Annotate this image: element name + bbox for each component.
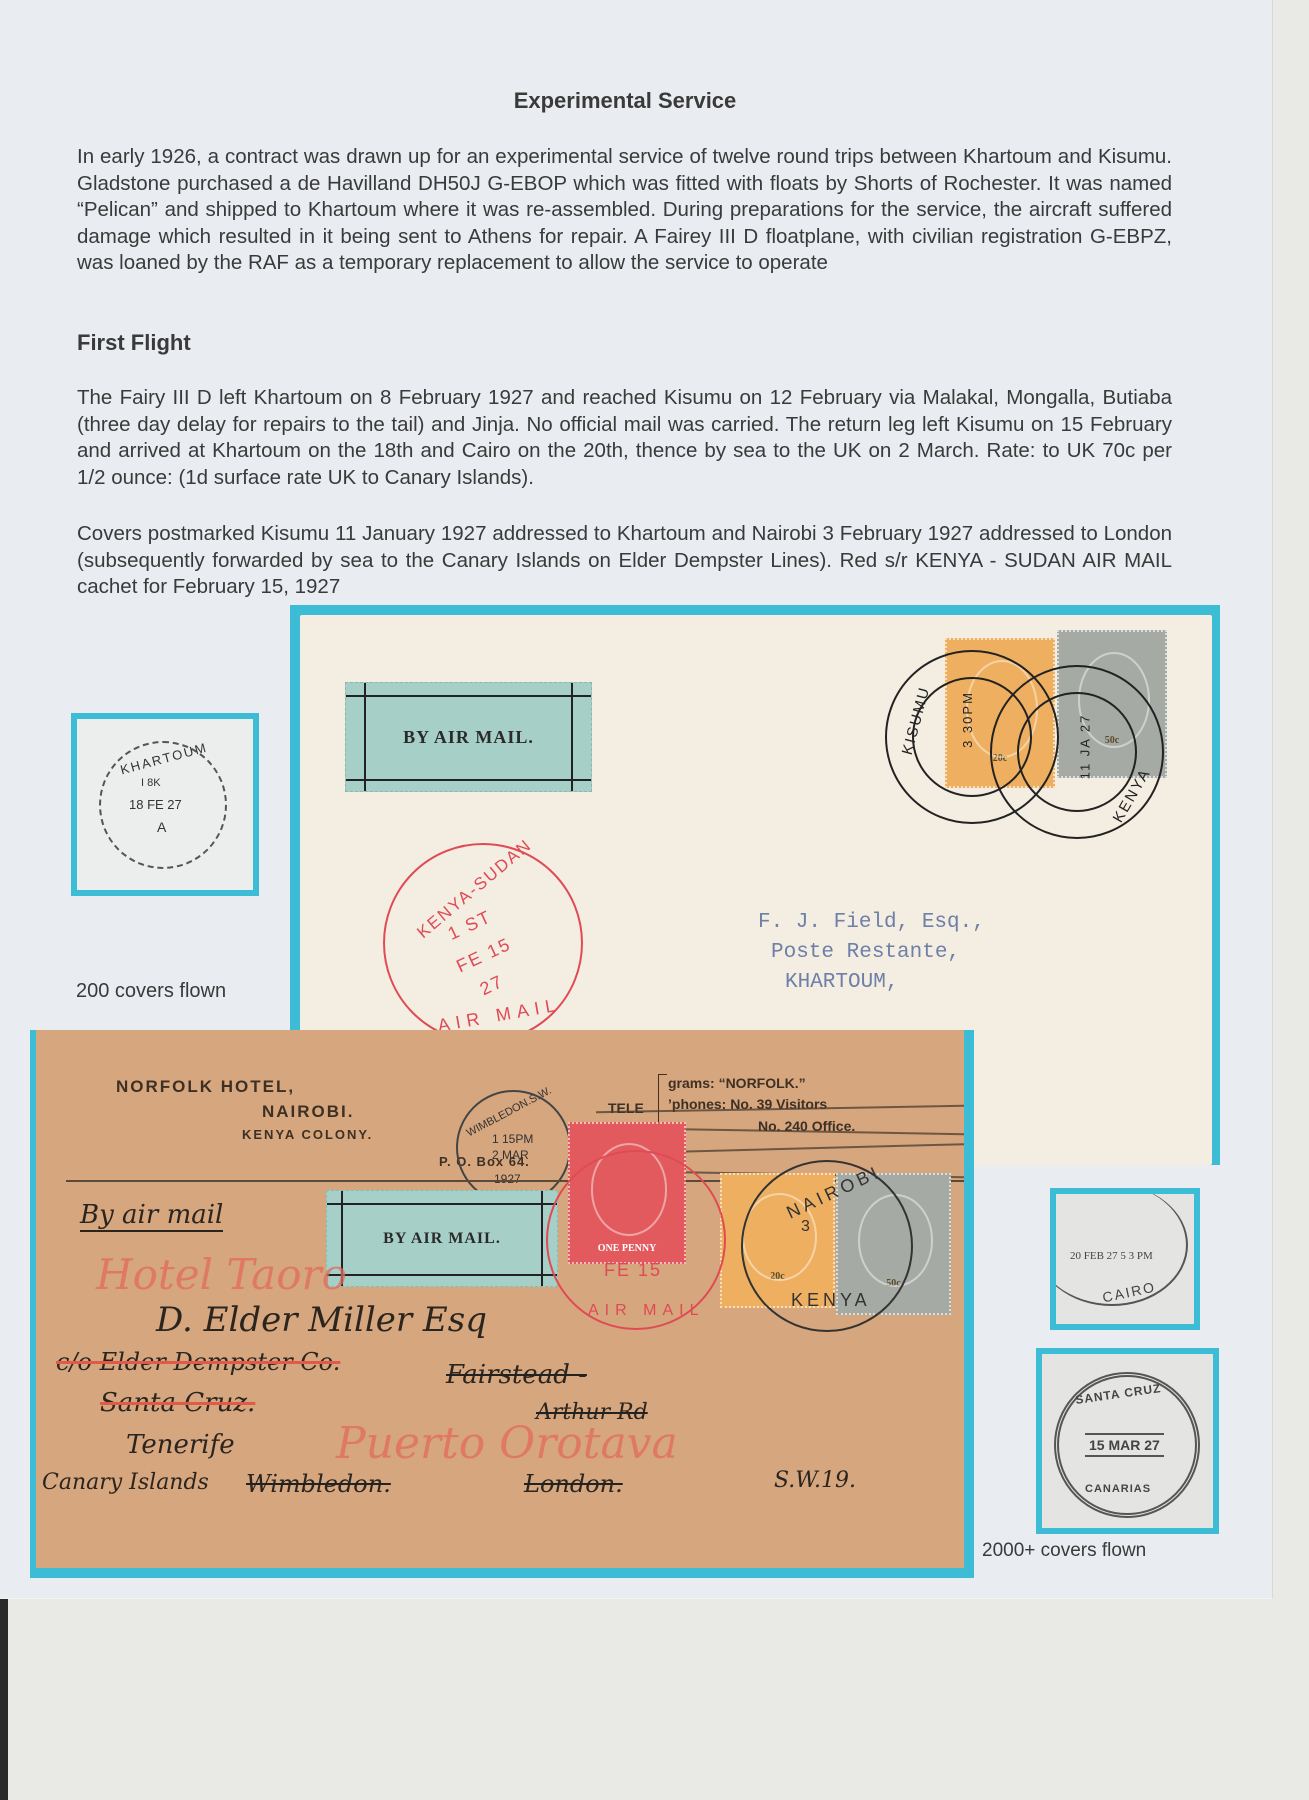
- santa-cruz-backstamp: SANTA CRUZ 15 MAR 27 CANARIAS: [1042, 1354, 1213, 1528]
- nairobi-day: 3: [801, 1218, 810, 1236]
- red-redirect-hotel: Hotel Taoro: [96, 1250, 347, 1299]
- air-mail-label-text: BY AIR MAIL.: [383, 1230, 501, 1248]
- red-redirect-puerto-orotava: Puerto Orotava: [336, 1418, 678, 1469]
- page-title: Experimental Service: [0, 88, 1250, 114]
- nairobi-postmark: NAIROBI 3 KENYA: [741, 1160, 913, 1332]
- cover-nairobi-london: NORFOLK HOTEL, NAIROBI. KENYA COLONY. P.…: [36, 1030, 964, 1568]
- sender-name: NORFOLK HOTEL,: [116, 1077, 295, 1097]
- cachet-line3: 27: [477, 971, 508, 1000]
- address-london: London.: [524, 1470, 623, 1498]
- caption-2000-covers: 2000+ covers flown: [982, 1540, 1146, 1562]
- label-rule: [541, 1191, 543, 1286]
- air-mail-label: BY AIR MAIL.: [345, 682, 592, 792]
- santa-cruz-date: 15 MAR 27: [1085, 1433, 1164, 1457]
- kenya-sudan-cachet: KENYA-SUDAN 1 ST FE 15 27 AIR MAIL: [383, 843, 583, 1043]
- santa-cruz-ring-top: SANTA CRUZ: [1074, 1381, 1162, 1407]
- section-heading: First Flight: [77, 330, 191, 356]
- album-page: Experimental Service In early 1926, a co…: [0, 0, 1273, 1599]
- santa-cruz-ring-bottom: CANARIAS: [1085, 1483, 1151, 1495]
- address-line-2: Poste Restante,: [771, 941, 960, 964]
- khartoum-line: I 8K: [141, 777, 161, 789]
- khartoum-backstamp-mount: KHARTOUM I 8K 18 FE 27 A: [71, 713, 259, 896]
- air-mail-label-text: BY AIR MAIL.: [403, 727, 534, 748]
- addressee-name: D. Elder Miller Esq: [156, 1300, 487, 1340]
- air-mail-label-2: BY AIR MAIL.: [326, 1190, 558, 1287]
- sender-city: NAIROBI.: [262, 1102, 355, 1122]
- label-rule: [364, 683, 366, 791]
- khartoum-date: 18 FE 27: [129, 797, 182, 812]
- sender-colony: KENYA COLONY.: [242, 1127, 373, 1142]
- postmark-time: 3 30PM: [960, 691, 975, 748]
- covers-paragraph: Covers postmarked Kisumu 11 January 1927…: [77, 521, 1172, 601]
- nairobi-town: NAIROBI: [783, 1161, 884, 1223]
- tele-grams: grams: “NORFOLK.”: [668, 1075, 806, 1091]
- caption-200-covers: 200 covers flown: [76, 980, 226, 1003]
- kisumu-postmark-2: 11 JA 27 KENYA: [990, 665, 1164, 839]
- address-line-1: F. J. Field, Esq.,: [758, 911, 985, 934]
- wimbledon-year: 1927: [494, 1172, 521, 1186]
- page-edge-shadow: [0, 1598, 8, 1800]
- address-wimbledon: Wimbledon.: [246, 1470, 391, 1498]
- wimbledon-time: 1 15PM: [492, 1132, 533, 1146]
- santa-cruz-postmark: SANTA CRUZ 15 MAR 27 CANARIAS: [1054, 1372, 1200, 1518]
- handwritten-by-air-mail: By air mail: [80, 1200, 223, 1232]
- cairo-postmark-arc: [1056, 1194, 1188, 1306]
- khartoum-letter: A: [157, 819, 166, 835]
- address-tenerife: Tenerife: [126, 1430, 235, 1460]
- wimbledon-date: 2 MAR: [492, 1148, 529, 1162]
- label-rule: [571, 683, 573, 791]
- postmark-date: 11 JA 27: [1077, 714, 1092, 780]
- nairobi-country: KENYA: [791, 1290, 871, 1311]
- kenya-sudan-cachet-partial: FE 15 AIR MAIL: [546, 1150, 726, 1330]
- address-struck-line-2: Santa Cruz.: [100, 1388, 255, 1418]
- khartoum-backstamp: KHARTOUM I 8K 18 FE 27 A: [77, 719, 253, 890]
- khartoum-ring-text: KHARTOUM: [119, 740, 210, 778]
- address-canary-islands: Canary Islands: [42, 1470, 209, 1495]
- intro-paragraph: In early 1926, a contract was drawn up f…: [77, 144, 1172, 277]
- address-line-3: KHARTOUM,: [785, 971, 898, 994]
- cairo-backstamp-mount: 20 FEB 27 5 3 PM CAIRO: [1050, 1188, 1200, 1330]
- address-struck-line-1: c/o Elder Dempster Co.: [56, 1348, 340, 1376]
- address-sw19: S.W.19.: [774, 1468, 856, 1493]
- khartoum-postmark: KHARTOUM I 8K 18 FE 27 A: [99, 741, 227, 869]
- cachet-bottom-text: AIR MAIL: [588, 1302, 704, 1320]
- wimbledon-postmark: WIMBLEDON.S.W. 1 15PM 2 MAR 1927: [456, 1090, 571, 1205]
- cachet-line: FE 15: [604, 1260, 662, 1281]
- flight-paragraph: The Fairy III D left Khartoum on 8 Febru…: [77, 385, 1172, 491]
- cover-nairobi-london-mount: NORFOLK HOTEL, NAIROBI. KENYA COLONY. P.…: [30, 1030, 974, 1578]
- cairo-backstamp: 20 FEB 27 5 3 PM CAIRO: [1056, 1194, 1194, 1324]
- santa-cruz-backstamp-mount: SANTA CRUZ 15 MAR 27 CANARIAS: [1036, 1348, 1219, 1534]
- address-fairstead: Fairstead -: [446, 1360, 587, 1390]
- tele-prefix: TELE: [608, 1100, 644, 1116]
